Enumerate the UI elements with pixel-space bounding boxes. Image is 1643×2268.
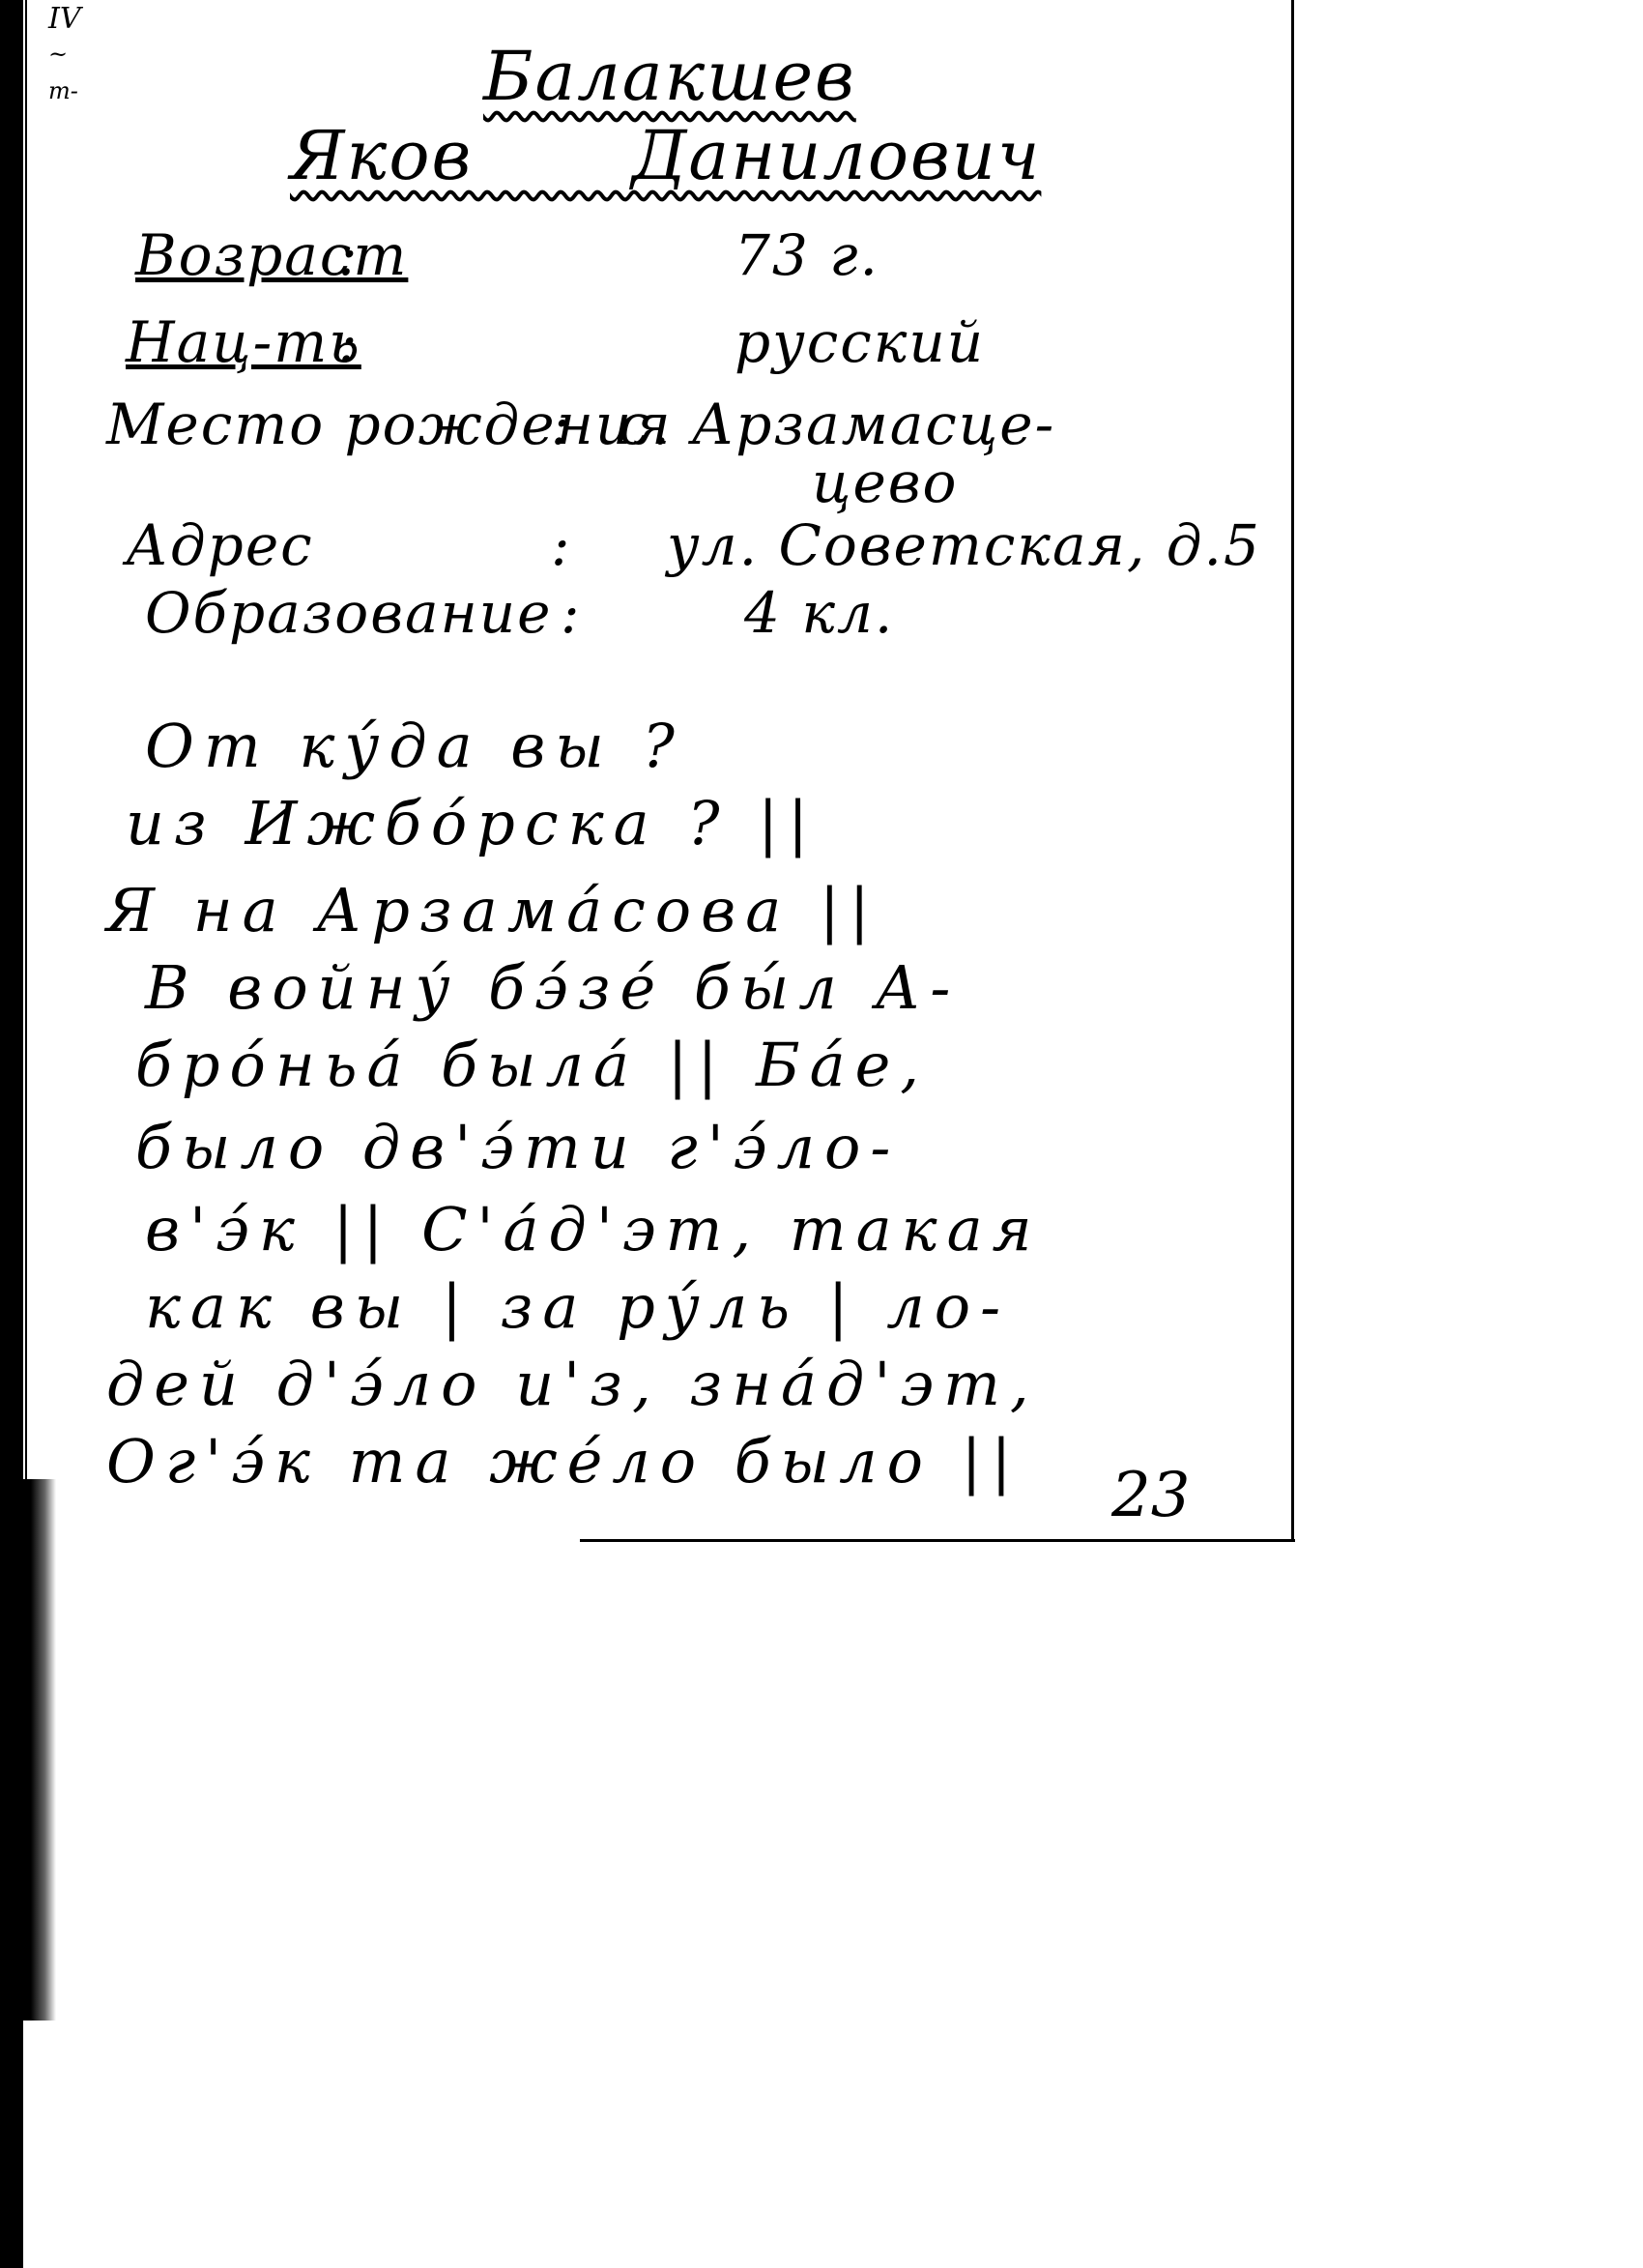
transcript-line: как вы | за ру́ль | ло- — [145, 1271, 1010, 1342]
transcript-line: От ку́да вы ? — [145, 711, 684, 781]
field-sep: : — [338, 309, 360, 375]
field-sep: : — [338, 222, 360, 288]
page-number: 23 — [1111, 1460, 1190, 1531]
page-right-border — [1291, 0, 1294, 1542]
field-sep: : — [561, 580, 582, 646]
field-value-birthplace: с. Арзамасце- — [619, 392, 1055, 457]
field-label-nationality: Нац-ть — [126, 309, 361, 375]
transcript-line: в'э́к || С'а́д'эт, такая — [145, 1194, 1042, 1265]
field-value-education: 4 кл. — [744, 580, 894, 646]
margin-mark-m: m- — [48, 77, 78, 104]
transcript-line: бро́ньá былá || Бáе, — [135, 1030, 929, 1100]
transcript-line: Ог'э́к та же́ло было || — [106, 1426, 1021, 1497]
field-label-education: Образование — [145, 580, 552, 646]
transcript-line: из Ижбо́рска ? || — [126, 788, 818, 858]
page-left-border — [25, 0, 27, 1479]
field-value-age: 73 г. — [735, 222, 879, 288]
field-label-age: Возраст — [135, 222, 408, 288]
transcript-line: В войну́ бэ́зе́ бы́л А- — [145, 952, 960, 1023]
surname-heading: Балакшев — [483, 37, 856, 116]
margin-mark-tilde: ~ — [48, 41, 68, 68]
scan-shadow — [0, 1479, 56, 2021]
field-value-nationality: русский — [735, 309, 985, 375]
field-sep: : — [551, 512, 572, 578]
transcript-line: было дв'э́ти г'э́ло- — [135, 1112, 900, 1182]
transcript-line: Я на Арзама́сова || — [106, 875, 879, 945]
field-label-birthplace: Место рождения — [106, 392, 673, 457]
page-bottom-border — [580, 1539, 1295, 1542]
transcript-line: дей д'э́ло и'з, зна́д'эт, — [106, 1349, 1039, 1419]
field-label-address: Адрес — [126, 512, 314, 578]
field-value-birthplace-cont: цево — [812, 450, 958, 515]
name-heading: Яков Данилович — [290, 116, 1041, 195]
field-sep: : — [551, 392, 572, 457]
margin-mark-roman: IV — [48, 2, 81, 36]
field-value-address: ул. Советская, д.5 — [667, 512, 1261, 578]
